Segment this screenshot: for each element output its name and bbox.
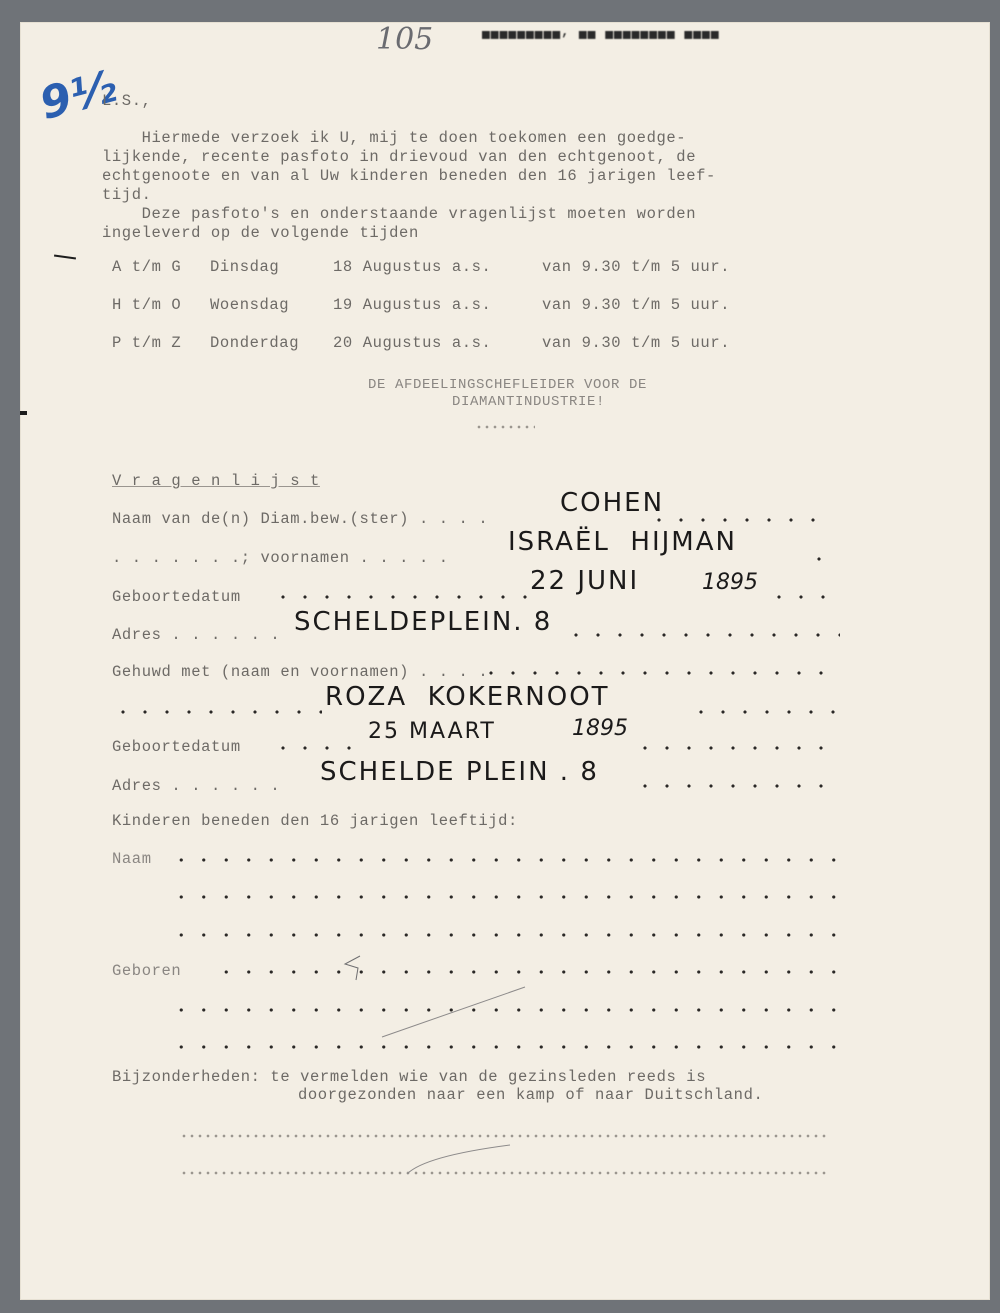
children-born-dots-3 xyxy=(170,1045,840,1049)
dotted-line xyxy=(480,671,840,675)
dotted-line xyxy=(808,557,838,561)
schedule-day: Dinsdag xyxy=(210,258,279,276)
margin-pen-mark xyxy=(54,254,76,259)
spouse-birthdate-year: 1895 xyxy=(572,716,628,741)
schedule-date: 18 Augustus a.s. xyxy=(333,258,491,276)
signature-line-2: DIAMANTINDUSTRIE! xyxy=(452,393,605,411)
spouse-birthdate-value: 25 MAART xyxy=(368,719,496,744)
signature-dots xyxy=(475,425,535,429)
children-born-dots-1 xyxy=(215,970,840,974)
schedule-letters: H t/m O xyxy=(112,296,181,314)
paragraph-1-line-4: tijd. xyxy=(102,186,152,204)
paragraph-1-line-1: Hiermede verzoek ik U, mij te doen toeko… xyxy=(102,129,686,147)
address-value: SCHELDEPLEIN. 8 xyxy=(294,607,552,637)
spouse-birthdate-label: Geboortedatum xyxy=(112,738,241,756)
schedule-day: Woensdag xyxy=(210,296,289,314)
smudged-header-text: ▄▄▄▄▄▄▄▄▄, ▄▄ ▄▄▄▄▄▄▄▄ ▄▄▄▄ xyxy=(482,24,720,39)
dotted-line xyxy=(634,784,839,788)
schedule-date: 19 Augustus a.s. xyxy=(333,296,491,314)
children-name-dots-3 xyxy=(170,933,840,937)
birthdate-value: 22 JUNI xyxy=(530,566,639,596)
firstnames-label: . . . . . . .; voornamen . . . . . xyxy=(112,549,449,567)
birthdate-year: 1895 xyxy=(702,570,758,595)
remarks-label-2: doorgezonden naar een kamp of naar Duits… xyxy=(298,1086,763,1104)
schedule-letters: A t/m G xyxy=(112,258,181,276)
paragraph-1-line-3: echtgenoote en van al Uw kinderen benede… xyxy=(102,167,716,185)
children-label: Kinderen beneden den 16 jarigen leeftijd… xyxy=(112,812,518,830)
surname-label: Naam van de(n) Diam.bew.(ster) . . . . xyxy=(112,510,488,528)
children-born-label: Geboren xyxy=(112,962,181,980)
children-name-label: Naam xyxy=(112,850,152,868)
children-name-dots-1 xyxy=(170,858,840,862)
schedule-date: 20 Augustus a.s. xyxy=(333,334,491,352)
schedule-time: van 9.30 t/m 5 uur. xyxy=(542,258,730,276)
signature-line-1: DE AFDEELINGSCHEFLEIDER VOOR DE xyxy=(368,376,647,394)
questionnaire-title: V r a g e n l i j s t xyxy=(112,472,320,490)
schedule-letters: P t/m Z xyxy=(112,334,181,352)
birthdate-label: Geboortedatum xyxy=(112,588,241,606)
dotted-line xyxy=(690,710,840,714)
dotted-line xyxy=(648,518,828,522)
paragraph-2-line-1: Deze pasfoto's en onderstaande vragenlij… xyxy=(102,205,696,223)
remarks-dots-1 xyxy=(180,1134,828,1138)
document-page: ▄▄▄▄▄▄▄▄▄, ▄▄ ▄▄▄▄▄▄▄▄ ▄▄▄▄ 105 9½ L.S.,… xyxy=(20,22,990,1300)
paragraph-1-line-2: lijkende, recente pasfoto in drievoud va… xyxy=(102,148,696,166)
remarks-label: Bijzonderheden: te vermelden wie van de … xyxy=(112,1068,706,1086)
schedule-day: Donderdag xyxy=(210,334,299,352)
salutation: L.S., xyxy=(102,92,152,110)
dotted-line xyxy=(112,710,322,714)
pencil-page-number: 105 xyxy=(376,22,433,57)
married-label: Gehuwd met (naam en voornamen) . . . . xyxy=(112,663,488,681)
children-name-dots-2 xyxy=(170,895,840,899)
schedule-time: van 9.30 t/m 5 uur. xyxy=(542,296,730,314)
spouse-address-value: SCHELDE PLEIN . 8 xyxy=(320,757,599,787)
surname-value: COHEN xyxy=(560,488,664,518)
pencil-check-mark xyxy=(340,954,370,984)
dotted-line xyxy=(634,746,839,750)
address-label: Adres . . . . . . xyxy=(112,626,280,644)
dotted-line xyxy=(768,595,838,599)
schedule-time: van 9.30 t/m 5 uur. xyxy=(542,334,730,352)
pencil-stroke xyxy=(380,982,530,1042)
margin-tick-mark xyxy=(20,411,27,415)
firstnames-value: ISRAËL HIJMAN xyxy=(508,527,737,557)
dotted-line xyxy=(272,746,362,750)
dotted-line xyxy=(565,633,840,637)
spouse-name-value: ROZA KOKERNOOT xyxy=(325,682,610,712)
pencil-stroke xyxy=(405,1142,515,1177)
dotted-line xyxy=(272,595,527,599)
paragraph-2-line-2: ingeleverd op de volgende tijden xyxy=(102,224,419,242)
spouse-address-label: Adres . . . . . . xyxy=(112,777,280,795)
